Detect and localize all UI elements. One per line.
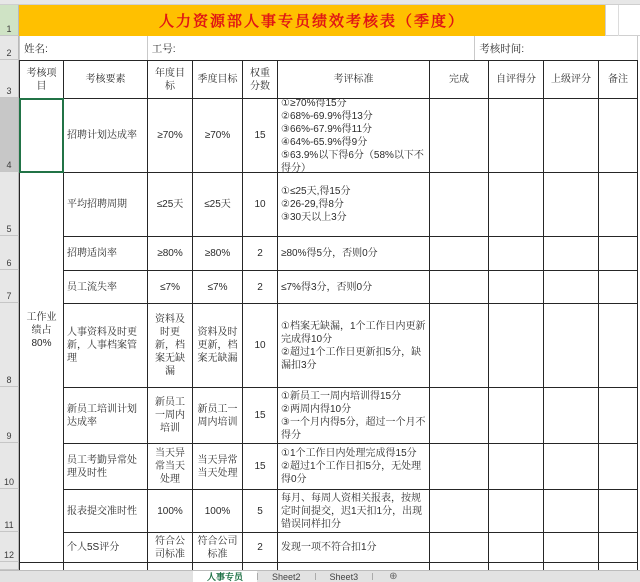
weight-cell[interactable]: 2 <box>243 271 278 304</box>
quarterly-target-cell[interactable]: 100% <box>193 490 243 533</box>
table-row: 平均招聘周期 ≤25天 ≤25天 10 ①≤25天,得15分 ②26-29,得8… <box>20 173 638 237</box>
table-row: 报表提交准时性 100% 100% 5 每月、每周人资相关报表，按规定时间提交，… <box>20 490 638 533</box>
sheet-tab-active[interactable]: 人事专员 <box>193 571 257 582</box>
row-header-12[interactable]: 12 <box>0 532 19 562</box>
self-score-cell[interactable] <box>489 388 544 444</box>
self-score-cell[interactable] <box>489 444 544 490</box>
header-annual-target[interactable]: 年度目标 <box>148 61 193 99</box>
category-cell-work-performance[interactable]: 工作业绩占 80% <box>20 99 64 563</box>
add-sheet-icon[interactable]: ⊕ <box>389 571 397 582</box>
quarterly-target-cell[interactable]: ≤7% <box>193 271 243 304</box>
empty-cell[interactable] <box>20 563 64 570</box>
factor-cell[interactable]: 员工考勤异常处理及时性 <box>64 444 148 490</box>
weight-cell[interactable]: 15 <box>243 444 278 490</box>
table-row: 员工考勤异常处理及时性 当天异常当天处理 当天异常当天处理 15 ①1个工作日内… <box>20 444 638 490</box>
done-cell[interactable] <box>430 99 489 173</box>
done-cell[interactable] <box>430 533 489 563</box>
review-time-field[interactable]: 考核时间: <box>475 36 638 60</box>
criteria-cell[interactable]: ①≤25天,得15分 ②26-29,得8分 ③30天以上3分 <box>278 173 430 237</box>
row-header-2[interactable]: 2 <box>0 36 19 60</box>
remark-cell[interactable] <box>599 533 638 563</box>
weight-cell[interactable]: 15 <box>243 99 278 173</box>
row-header-9[interactable]: 9 <box>0 387 19 443</box>
name-field[interactable]: 姓名: <box>20 36 148 60</box>
criteria-cell[interactable]: ≥80%得5分，否则0分 <box>278 237 430 271</box>
factor-cell[interactable]: 新员工培训计划达成率 <box>64 388 148 444</box>
supervisor-score-cell[interactable] <box>544 490 599 533</box>
quarterly-target-cell[interactable]: ≥80% <box>193 237 243 271</box>
annual-target-cell[interactable]: 新员工一周内培训 <box>148 388 193 444</box>
self-score-cell[interactable] <box>489 237 544 271</box>
header-weight[interactable]: 权重分数 <box>243 61 278 99</box>
supervisor-score-cell[interactable] <box>544 388 599 444</box>
quarterly-target-cell[interactable]: 符合公司标准 <box>193 533 243 563</box>
remark-cell[interactable] <box>599 490 638 533</box>
quarterly-target-cell[interactable]: ≥70% <box>193 99 243 173</box>
row-header-8[interactable]: 8 <box>0 303 19 387</box>
supervisor-score-cell[interactable] <box>544 533 599 563</box>
supervisor-score-cell[interactable] <box>544 304 599 388</box>
quarterly-target-cell[interactable]: 当天异常当天处理 <box>193 444 243 490</box>
empty-cells-right-of-title[interactable] <box>605 5 640 36</box>
table-row: 招聘适岗率 ≥80% ≥80% 2 ≥80%得5分，否则0分 <box>20 237 638 271</box>
empty-cell[interactable] <box>64 563 148 570</box>
header-remark[interactable]: 备注 <box>599 61 638 99</box>
factor-cell[interactable]: 报表提交准时性 <box>64 490 148 533</box>
criteria-cell[interactable]: ①新员工一周内培训得15分 ②两周内得10分 ③一个月内得5分，超过一个月不得分 <box>278 388 430 444</box>
row-header-column: 1 2 3 4 5 6 7 8 9 10 11 12 <box>0 5 19 570</box>
row-header-10[interactable]: 10 <box>0 443 19 489</box>
row-header-5[interactable]: 5 <box>0 172 19 236</box>
factor-cell[interactable]: 招聘适岗率 <box>64 237 148 271</box>
self-score-cell[interactable] <box>489 304 544 388</box>
criteria-cell[interactable]: ≤7%得3分，否则0分 <box>278 271 430 304</box>
table-header-row: 考核项目 考核要素 年度目标 季度目标 权重分数 考评标准 完成 自评得分 上级… <box>20 61 638 99</box>
supervisor-score-cell[interactable] <box>544 99 599 173</box>
annual-target-cell[interactable]: 资料及时更新，档案无缺漏 <box>148 304 193 388</box>
remark-cell[interactable] <box>599 444 638 490</box>
weight-cell[interactable]: 2 <box>243 533 278 563</box>
done-cell[interactable] <box>430 388 489 444</box>
done-cell[interactable] <box>430 490 489 533</box>
done-cell[interactable] <box>430 237 489 271</box>
supervisor-score-cell[interactable] <box>544 271 599 304</box>
done-cell[interactable] <box>430 304 489 388</box>
header-supervisor-score[interactable]: 上级评分 <box>544 61 599 99</box>
row-header-7[interactable]: 7 <box>0 270 19 303</box>
tab-scroll-area[interactable] <box>0 571 193 582</box>
header-done[interactable]: 完成 <box>430 61 489 99</box>
quarterly-target-cell[interactable]: 新员工一周内培训 <box>193 388 243 444</box>
gridline <box>618 5 619 36</box>
empty-cell[interactable] <box>148 563 193 570</box>
table-row: 员工流失率 ≤7% ≤7% 2 ≤7%得3分，否则0分 <box>20 271 638 304</box>
remark-cell[interactable] <box>599 304 638 388</box>
factor-cell[interactable]: 平均招聘周期 <box>64 173 148 237</box>
criteria-cell[interactable]: 发现一项不符合扣1分 <box>278 533 430 563</box>
row-header-6[interactable]: 6 <box>0 236 19 270</box>
weight-cell[interactable]: 5 <box>243 490 278 533</box>
criteria-cell[interactable]: ①档案无缺漏，1个工作日内更新完成得10分 ②超过1个工作日更新扣5分，缺漏扣3… <box>278 304 430 388</box>
sheet-title-cell[interactable]: 人力资源部人事专员绩效考核表（季度） <box>19 5 605 36</box>
header-factor[interactable]: 考核要素 <box>64 61 148 99</box>
self-score-cell[interactable] <box>489 533 544 563</box>
header-self-score[interactable]: 自评得分 <box>489 61 544 99</box>
info-row: 姓名: 工号: 考核时间: <box>19 36 638 60</box>
criteria-cell[interactable]: ①≥70%得15分 ②68%-69.9%得13分 ③66%-67.9%得11分 … <box>278 99 430 173</box>
supervisor-score-cell[interactable] <box>544 173 599 237</box>
quarterly-target-cell[interactable]: 资料及时更新，档案无缺漏 <box>193 304 243 388</box>
table-row: 工作业绩占 80% 招聘计划达成率 ≥70% ≥70% 15 ①≥70%得15分… <box>20 99 638 173</box>
row-header-4[interactable]: 4 <box>0 98 19 172</box>
quarterly-target-cell[interactable]: ≤25天 <box>193 173 243 237</box>
annual-target-cell[interactable]: 当天异常当天处理 <box>148 444 193 490</box>
remark-cell[interactable] <box>599 173 638 237</box>
empty-cell[interactable] <box>243 563 278 570</box>
factor-cell[interactable]: 个人5S评分 <box>64 533 148 563</box>
criteria-cell[interactable]: 每月、每周人资相关报表，按规定时间提交，迟1天扣1分，出现错误同样扣分 <box>278 490 430 533</box>
row-header-3[interactable]: 3 <box>0 60 19 98</box>
done-cell[interactable] <box>430 271 489 304</box>
annual-target-cell[interactable]: ≥80% <box>148 237 193 271</box>
weight-cell[interactable]: 15 <box>243 388 278 444</box>
weight-cell[interactable]: 2 <box>243 237 278 271</box>
spreadsheet-window: 1 2 3 4 5 6 7 8 9 10 11 12 人力资源部人事专员绩效考核… <box>0 0 640 582</box>
annual-target-cell[interactable]: ≤7% <box>148 271 193 304</box>
factor-cell[interactable]: 人事资料及时更新，人事档案管理 <box>64 304 148 388</box>
header-criteria[interactable]: 考评标准 <box>278 61 430 99</box>
tab-divider <box>372 573 373 580</box>
weight-cell[interactable]: 10 <box>243 173 278 237</box>
employee-id-field[interactable]: 工号: <box>148 36 475 60</box>
self-score-cell[interactable] <box>489 173 544 237</box>
row-header-11[interactable]: 11 <box>0 489 19 532</box>
empty-cell[interactable] <box>489 563 544 570</box>
remark-cell[interactable] <box>599 99 638 173</box>
supervisor-score-cell[interactable] <box>544 444 599 490</box>
row-header-1[interactable]: 1 <box>0 5 19 36</box>
done-cell[interactable] <box>430 444 489 490</box>
self-score-cell[interactable] <box>489 99 544 173</box>
annual-target-cell[interactable]: 符合公司标准 <box>148 533 193 563</box>
self-score-cell[interactable] <box>489 271 544 304</box>
self-score-cell[interactable] <box>489 490 544 533</box>
supervisor-score-cell[interactable] <box>544 237 599 271</box>
done-cell[interactable] <box>430 173 489 237</box>
weight-cell[interactable]: 10 <box>243 304 278 388</box>
empty-cell[interactable] <box>544 563 599 570</box>
sheet-tab-bar: 人事专员 Sheet2 Sheet3 ⊕ <box>0 570 640 582</box>
appraisal-table: 考核项目 考核要素 年度目标 季度目标 权重分数 考评标准 完成 自评得分 上级… <box>19 60 638 570</box>
criteria-cell[interactable]: ①1个工作日内处理完成得15分 ②超过1个工作日扣5分，无处理得0分 <box>278 444 430 490</box>
remark-cell[interactable] <box>599 237 638 271</box>
annual-target-cell[interactable]: ≤25天 <box>148 173 193 237</box>
factor-cell[interactable]: 员工流失率 <box>64 271 148 304</box>
empty-cell[interactable] <box>599 563 638 570</box>
table-row: 新员工培训计划达成率 新员工一周内培训 新员工一周内培训 15 ①新员工一周内培… <box>20 388 638 444</box>
sheet-tab-sheet3[interactable]: Sheet3 <box>316 571 373 582</box>
row-header-13-partial[interactable] <box>0 562 19 570</box>
remark-cell[interactable] <box>599 271 638 304</box>
header-quarterly-target[interactable]: 季度目标 <box>193 61 243 99</box>
empty-cell[interactable] <box>278 563 430 570</box>
header-project[interactable]: 考核项目 <box>20 61 64 99</box>
empty-cell[interactable] <box>193 563 243 570</box>
remark-cell[interactable] <box>599 388 638 444</box>
empty-cell[interactable] <box>430 563 489 570</box>
sheet-tab-sheet2[interactable]: Sheet2 <box>258 571 315 582</box>
annual-target-cell[interactable]: ≥70% <box>148 99 193 173</box>
table-row: 个人5S评分 符合公司标准 符合公司标准 2 发现一项不符合扣1分 <box>20 533 638 563</box>
partial-next-row <box>20 563 638 570</box>
annual-target-cell[interactable]: 100% <box>148 490 193 533</box>
table-row: 人事资料及时更新，人事档案管理 资料及时更新，档案无缺漏 资料及时更新，档案无缺… <box>20 304 638 388</box>
factor-cell[interactable]: 招聘计划达成率 <box>64 99 148 173</box>
